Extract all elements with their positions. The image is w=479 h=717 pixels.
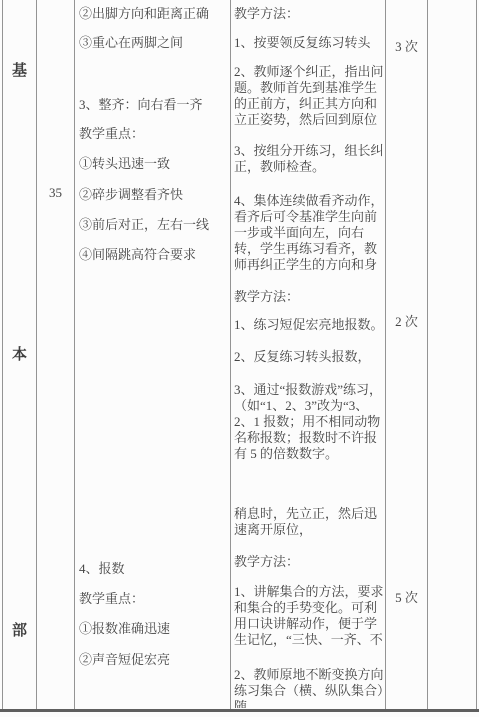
method-item: 1、练习短促宏亮地报数。 <box>234 317 384 333</box>
rep-count: 2 次 <box>386 311 427 330</box>
content-item: ②出脚方向和距离正确 <box>79 6 229 21</box>
rep-count: 5 次 <box>386 587 427 606</box>
method-item: 1、讲解集合的方法，要求和集合的手势变化。可利用口诀讲解动作，便于学生记忆，“三… <box>234 584 384 648</box>
content-item: 4、报数 <box>79 561 229 576</box>
table-vertical-border <box>427 0 428 710</box>
method-item: 教学方法： <box>234 289 384 305</box>
method-item: 3、通过“报数游戏”练习，（如“1、2、3”改为“3、2、1 报数；用不相同动物… <box>234 382 384 462</box>
table-vertical-border <box>476 0 477 710</box>
method-item: 2、教师逐个纠正，指出问题。教师首先到基准学生的正前方，纠正其方向和立正姿势，然… <box>234 64 384 128</box>
table-bottom-border <box>0 709 479 712</box>
duration-value: 35 <box>37 185 74 201</box>
content-item: ①转头迅速一致 <box>79 156 229 171</box>
content-item: ③重心在两脚之间 <box>79 35 229 50</box>
stage-label: 本 <box>3 343 36 364</box>
content-item: ③前后对正，左右一线 <box>79 217 229 232</box>
method-item: 3、按组分开练习，组长纠正，教师检查。 <box>234 143 384 175</box>
table-vertical-border <box>230 0 231 710</box>
stage-label: 基 <box>3 59 36 80</box>
method-item: 2、教师原地不断变换方向练习集合（横、纵队集合）随 <box>234 667 384 708</box>
method-item: 教学方法： <box>234 554 384 570</box>
content-item: 教学重点： <box>79 591 229 606</box>
stage-label: 部 <box>3 619 36 640</box>
table-vertical-border <box>36 0 37 710</box>
method-item: 1、按要领反复练习转头 <box>234 35 384 51</box>
content-item: ②声音短促宏亮 <box>79 652 229 667</box>
content-item: ②碎步调整看齐快 <box>79 187 229 202</box>
content-item: 3、整齐：向右看一齐 <box>79 97 229 112</box>
content-item: ④间隔跳高符合要求 <box>79 247 229 262</box>
rep-count: 3 次 <box>386 36 427 55</box>
method-item: 教学方法： <box>234 6 384 22</box>
method-item: 稍息时，先立正，然后迅速离开原位， <box>234 506 384 538</box>
lesson-plan-scan-page: 基 本 部 35 ②出脚方向和距离正确 ③重心在两脚之间 3、整齐：向右看一齐 … <box>0 0 479 717</box>
content-item: ①报数准确迅速 <box>79 621 229 636</box>
method-item: 4、集体连续做看齐动作，看齐后可令基准学生向前一步或半面向左，向右转，学生再练习… <box>234 193 384 273</box>
content-item: 教学重点： <box>79 126 229 141</box>
method-item: 2、反复练习转头报数， <box>234 349 384 365</box>
table-vertical-border <box>74 0 75 710</box>
